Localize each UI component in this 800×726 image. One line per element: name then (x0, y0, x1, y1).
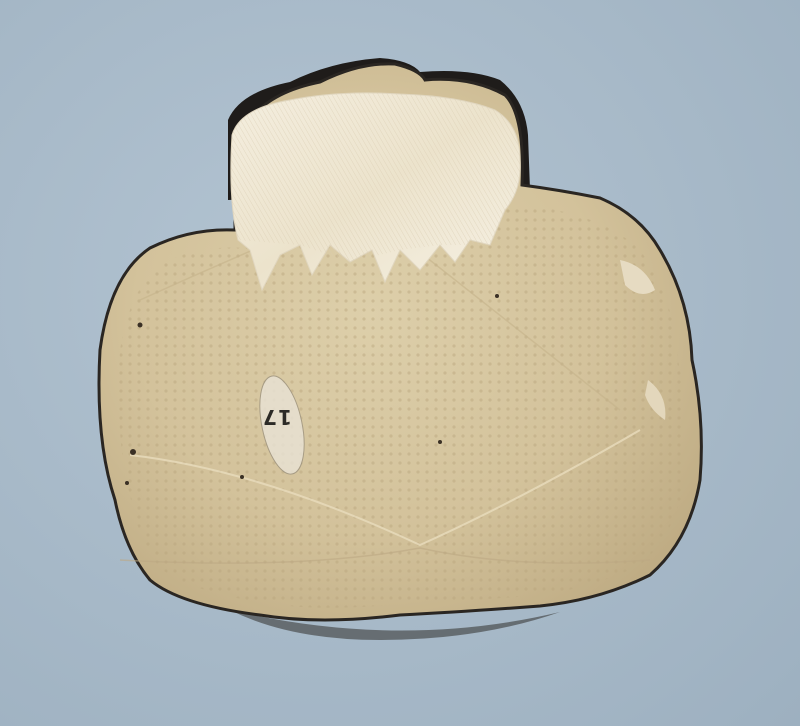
scan-background: 17 (0, 0, 800, 726)
hole (125, 481, 129, 485)
patch-object (0, 0, 800, 726)
hole (138, 323, 143, 328)
hole (240, 475, 244, 479)
hole (438, 440, 442, 444)
paper-texture (119, 205, 687, 608)
hole (495, 294, 499, 298)
label-number: 17 (262, 405, 292, 429)
fabric-weave (231, 93, 520, 262)
hole (130, 449, 136, 455)
